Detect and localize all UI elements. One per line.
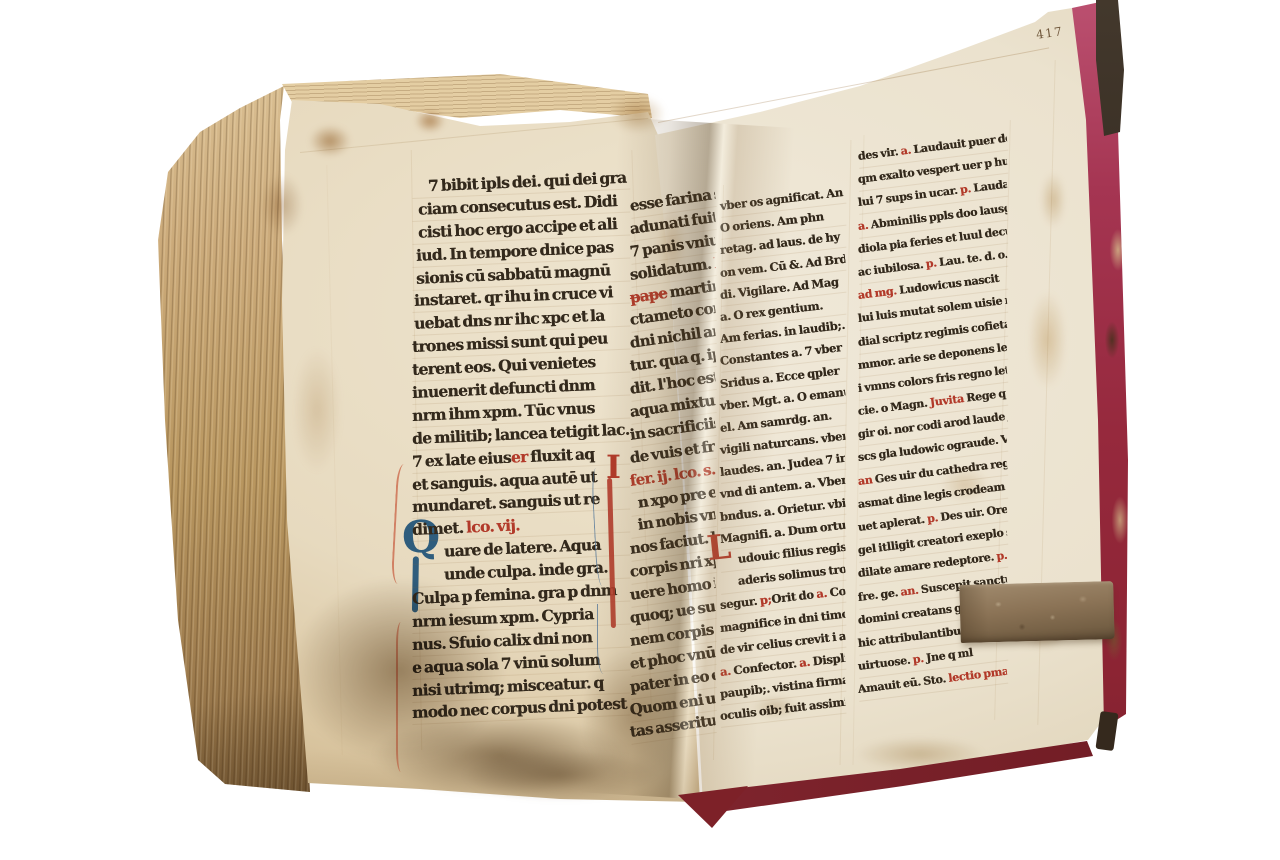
- stain: [252, 160, 312, 250]
- stain: [830, 730, 1010, 778]
- ruling-line: [300, 118, 648, 153]
- left-page-column-b: I esse farina sola feradunati fuit et co…: [630, 196, 716, 745]
- cover-fragment-dark: [1095, 711, 1118, 751]
- stain: [282, 320, 352, 500]
- ruling-line: [658, 47, 1049, 123]
- clasp-strap: [959, 581, 1114, 643]
- rubric-initial-i: I: [606, 452, 620, 482]
- left-page-column-a: Q 7 bibit ipls dei. qui dei graciam cons…: [412, 176, 630, 725]
- penwork-flourish: [396, 622, 408, 772]
- folio-number: 417: [1035, 24, 1064, 42]
- stain: [1035, 160, 1071, 240]
- stain: [598, 86, 678, 142]
- right-page-column-a: L vber os agnificat. AnO oriens. Am phnr…: [720, 196, 846, 729]
- manuscript-photo: Q 7 bibit ipls dei. qui dei graciam cons…: [0, 0, 1280, 860]
- ruling-line: [326, 165, 342, 755]
- stain: [1020, 270, 1075, 410]
- stain: [300, 118, 360, 164]
- stain: [408, 104, 452, 138]
- stain: [430, 740, 690, 810]
